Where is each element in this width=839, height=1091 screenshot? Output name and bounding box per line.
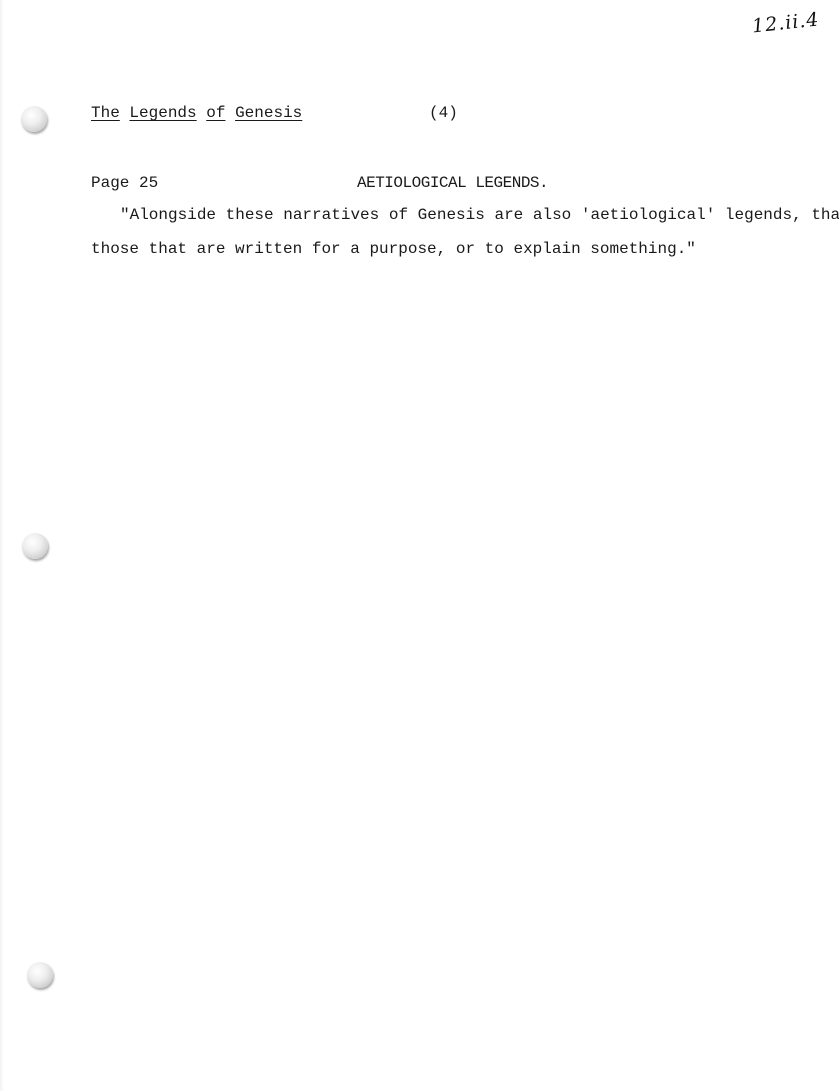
title-word: of	[206, 104, 225, 122]
page-edge	[0, 0, 4, 1091]
title-word: Genesis	[235, 104, 302, 122]
title-word: The	[91, 104, 120, 122]
handwritten-annotation: 12.ii.4	[751, 9, 820, 38]
binder-hole-top	[21, 106, 47, 132]
document-title: The Legends of Genesis	[91, 104, 302, 122]
quote-line: "Alongside these narratives of Genesis a…	[120, 206, 839, 224]
binder-hole-bottom	[27, 962, 53, 988]
section-heading: AETIOLOGICAL LEGENDS.	[357, 174, 548, 192]
title-word: Legends	[129, 104, 196, 122]
quote-line: those that are written for a purpose, or…	[91, 240, 696, 258]
binder-hole-middle	[22, 533, 48, 559]
page-number: (4)	[429, 104, 458, 122]
page-reference: Page 25	[91, 174, 158, 192]
